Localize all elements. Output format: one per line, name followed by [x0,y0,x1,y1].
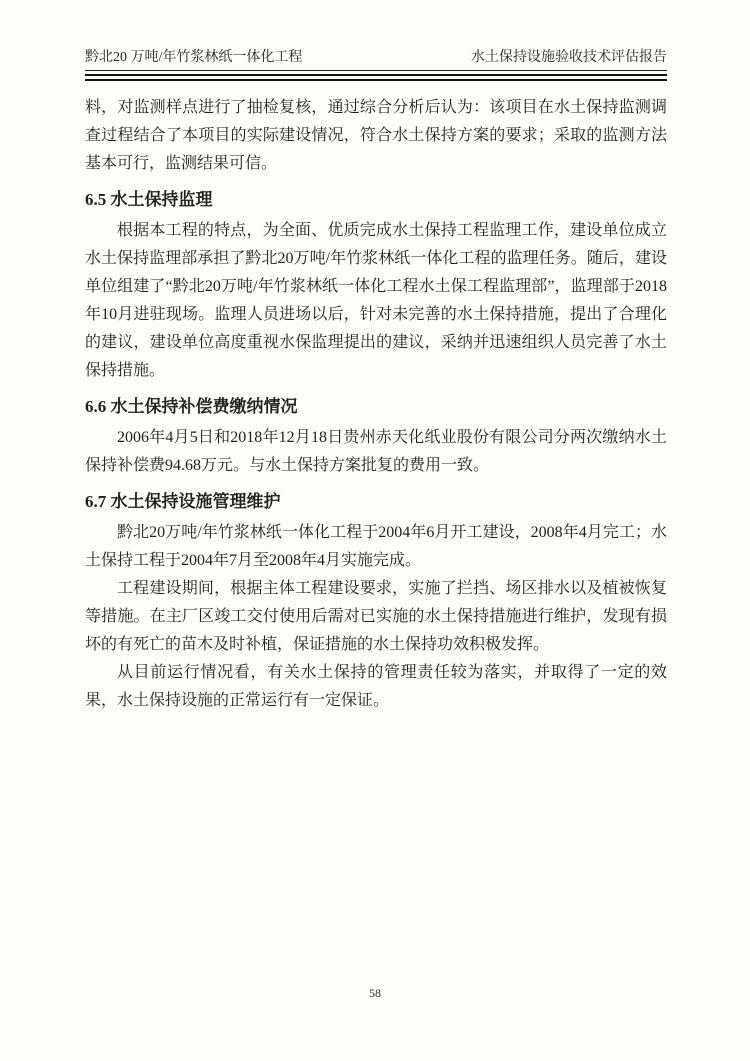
section-6-7-heading: 6.7 水土保持设施管理维护 [85,488,667,516]
page-header: 黔北20 万吨/年竹浆林纸一体化工程 水土保持设施验收技术评估报告 [85,48,667,71]
document-page: 黔北20 万吨/年竹浆林纸一体化工程 水土保持设施验收技术评估报告 料，对监测样… [0,0,750,1061]
section-6-6-paragraph-1: 2006年4月5日和2018年12月18日贵州赤天化纸业股份有限公司分两次缴纳水… [85,424,667,480]
section-6-5-paragraph-1: 根据本工程的特点，为全面、优质完成水土保持工程监理工作，建设单位成立水土保持监理… [85,217,667,385]
page-footer: 58 [0,986,750,1001]
section-6-5-heading: 6.5 水土保持监理 [85,186,667,214]
running-header-right: 水土保持设施验收技术评估报告 [471,48,667,68]
header-double-rule [85,74,667,81]
document-body: 料，对监测样点进行了抽检复核，通过综合分析后认为：该项目在水土保持监测调查过程结… [85,94,667,715]
section-6-7-paragraph-3: 从目前运行情况看，有关水土保持的管理责任较为落实，并取得了一定的效果，水土保持设… [85,659,667,715]
paragraph-continuation: 料，对监测样点进行了抽检复核，通过综合分析后认为：该项目在水土保持监测调查过程结… [85,94,667,178]
section-6-7-paragraph-2: 工程建设期间，根据主体工程建设要求，实施了拦挡、场区排水以及植被恢复等措施。在主… [85,575,667,659]
running-header-left: 黔北20 万吨/年竹浆林纸一体化工程 [85,48,302,68]
page-number: 58 [369,986,381,1000]
section-6-7-paragraph-1: 黔北20万吨/年竹浆林纸一体化工程于2004年6月开工建设，2008年4月完工；… [85,519,667,575]
section-6-6-heading: 6.6 水土保持补偿费缴纳情况 [85,393,667,421]
